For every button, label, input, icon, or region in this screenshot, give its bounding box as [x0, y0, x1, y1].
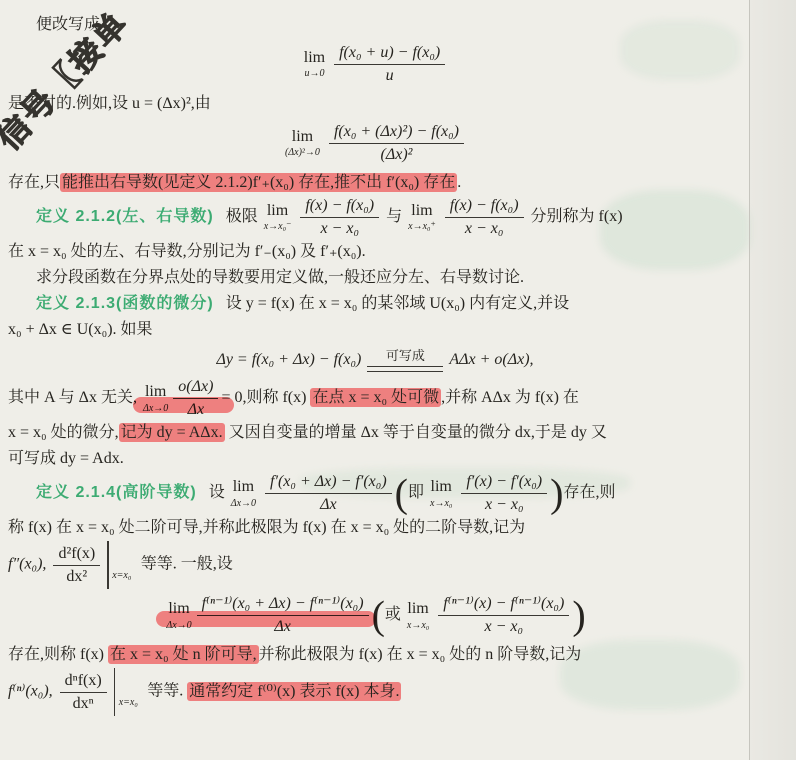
vertical-bar	[114, 668, 116, 716]
def-2-1-3-line-5: x = x₀ 处的微分,记为 dy = AΔx. 又因自变量的增量 Δx 等于自…	[8, 420, 742, 446]
body-text: 等等. 一般,设	[141, 556, 233, 573]
body-text: x₀ + Δx ∈ U(x₀). 如果	[8, 321, 153, 338]
left-parenthesis: (	[395, 471, 408, 516]
second-derivative-notation: f″(x₀),	[8, 556, 46, 573]
body-text: 与	[386, 208, 402, 225]
body-text: 称 f(x) 在 x = x₀ 处二阶可导,并称此极限为 f(x) 在 x = …	[8, 519, 525, 536]
fraction-d2: d²f(x)dx²	[53, 544, 100, 587]
body-text: 即	[408, 484, 424, 501]
red-highlight-stripe: limΔx→0f⁽ⁿ⁻¹⁾(x₀ + Δx) − f⁽ⁿ⁻¹⁾(x₀)Δx	[164, 594, 371, 637]
red-highlight: 记为 dy = AΔx.	[119, 423, 225, 442]
limit-operator: lim(Δx)²→0	[285, 129, 320, 159]
limit-operator: limx→x₀⁻	[264, 203, 292, 233]
vertical-bar	[107, 541, 109, 589]
display-formula-limit-dx2: lim(Δx)²→0 f(x₀ + (Δx)²) − f(x₀)(Δx)²	[8, 122, 742, 165]
body-text: 可写成 dy = Adx.	[8, 450, 124, 467]
nth-derivative-notation: f⁽ⁿ⁾(x₀),	[8, 683, 53, 700]
body-text: 0,则称 f(x)	[234, 389, 310, 406]
formula-right: AΔx + o(Δx),	[449, 351, 533, 368]
double-equals-line	[367, 366, 443, 372]
fraction-dn: dⁿf(x)dxⁿ	[60, 671, 107, 714]
red-highlight: 在 x = x₀ 处 n 阶可导,	[108, 645, 259, 664]
red-highlight: 在点 x = x₀ 处可微	[310, 388, 441, 407]
body-text: 存在,只	[8, 174, 60, 191]
right-parenthesis: )	[550, 471, 563, 516]
limit-operator: limΔx→0	[166, 601, 191, 631]
def-2-1-4-line-5: f⁽ⁿ⁾(x₀), dⁿf(x)dxⁿx=x₀ 等等. 通常约定 f⁽⁰⁾(x)…	[8, 668, 742, 716]
def-2-1-2-line-2: 在 x = x₀ 处的左、右导数,分别记为 f′₋(x₀) 及 f′₊(x₀).	[8, 239, 742, 265]
fraction: f(x₀ + u) − f(x₀)u	[334, 43, 445, 86]
red-highlight-stripe: limΔx→0o(Δx)Δx=	[141, 377, 231, 420]
evaluation-subscript: x=x₀	[112, 561, 131, 591]
fraction: f′(x₀ + Δx) − f′(x₀)Δx	[265, 472, 392, 515]
limit-operator: limx→x₀⁺	[408, 203, 436, 233]
intro-line-2: 是不对的.例如,设 u = (Δx)²,由	[8, 91, 742, 117]
definition-title: 定义 2.1.3(函数的微分)	[36, 295, 214, 312]
body-text: 设 y = f(x) 在 x = x₀ 的某邻域 U(x₀) 内有定义,并设	[226, 295, 569, 312]
limit-operator: limΔx→0	[143, 384, 168, 414]
def-2-1-4-line-3: f″(x₀), d²f(x)dx²x=x₀ 等等. 一般,设	[8, 541, 742, 589]
body-text: 存在,则称 f(x)	[8, 646, 108, 663]
definition-2-1-4: 定义 2.1.4(高阶导数)设 limΔx→0 f′(x₀ + Δx) − f′…	[8, 472, 742, 515]
body-text: 设	[209, 484, 225, 501]
body-text: 等等.	[147, 683, 187, 700]
fraction: f⁽ⁿ⁻¹⁾(x₀ + Δx) − f⁽ⁿ⁻¹⁾(x₀)Δx	[197, 594, 369, 637]
body-text: 求分段函数在分界点处的导数要用定义做,一般还应分左、右导数讨论.	[36, 269, 524, 286]
def-2-1-4-line-4: 存在,则称 f(x) 在 x = x₀ 处 n 阶可导,并称此极限为 f(x) …	[8, 642, 742, 668]
body-text: 在 x = x₀ 处的左、右导数,分别记为 f′₋(x₀) 及 f′₊(x₀).	[8, 243, 366, 260]
def-2-1-3-line-2: x₀ + Δx ∈ U(x₀). 如果	[8, 317, 742, 343]
page-content: 便改写成 limu→0 f(x₀ + u) − f(x₀)u 是不对的.例如,设…	[0, 0, 796, 716]
body-text: ,并称 AΔx 为 f(x) 在	[441, 389, 579, 406]
annotated-equals: 可写成	[367, 348, 443, 372]
display-formula-differential: Δy = f(x₀ + Δx) − f(x₀)可写成AΔx + o(Δx),	[8, 348, 742, 372]
def-2-1-2-line-3: 求分段函数在分界点处的导数要用定义做,一般还应分左、右导数讨论.	[8, 265, 742, 291]
def-2-1-4-line-2: 称 f(x) 在 x = x₀ 处二阶可导,并称此极限为 f(x) 在 x = …	[8, 515, 742, 541]
fraction: f⁽ⁿ⁻¹⁾(x) − f⁽ⁿ⁻¹⁾(x₀)x − x₀	[438, 594, 569, 637]
display-formula-nth-derivative: limΔx→0f⁽ⁿ⁻¹⁾(x₀ + Δx) − f⁽ⁿ⁻¹⁾(x₀)Δx(或 …	[8, 594, 742, 637]
red-highlight: 能推出右导数(见定义 2.1.2)f′₊(x₀) 存在,推不出 f′(x₀) 存…	[60, 173, 457, 192]
definition-2-1-2: 定义 2.1.2(左、右导数)极限 limx→x₀⁻ f(x) − f(x₀)x…	[8, 196, 742, 239]
body-text: 分别称为 f(x)	[531, 208, 623, 225]
definition-title: 定义 2.1.2(左、右导数)	[36, 208, 214, 225]
right-parenthesis: )	[572, 593, 585, 638]
intro-line-3: 存在,只能推出右导数(见定义 2.1.2)f′₊(x₀) 存在,推不出 f′(x…	[8, 170, 742, 196]
evaluation-subscript: x=x₀	[119, 688, 138, 718]
textbook-page: { "page": { "watermark": "信号【接单", "sym":…	[0, 0, 796, 760]
body-text: 或	[385, 606, 401, 623]
limit-operator: limx→x₀	[430, 479, 452, 509]
body-text: 极限	[226, 208, 258, 225]
fraction: f′(x) − f′(x₀)x − x₀	[461, 472, 547, 515]
left-parenthesis: (	[372, 593, 385, 638]
evaluation-bar: x=x₀	[114, 668, 144, 716]
fraction: f(x) − f(x₀)x − x₀	[445, 196, 524, 239]
body-text: 又因自变量的增量 Δx 等于自变量的微分 dx,于是 dy 又	[229, 424, 607, 441]
body-text: 并称此极限为 f(x) 在 x = x₀ 处的 n 阶导数,记为	[259, 646, 582, 663]
annotation-text: 可写成	[367, 348, 443, 364]
red-highlight: 通常约定 f⁽⁰⁾(x) 表示 f(x) 本身.	[187, 682, 401, 701]
limit-operator: limx→x₀	[407, 601, 429, 631]
def-2-1-3-line-4: 其中 A 与 Δx 无关, limΔx→0o(Δx)Δx= 0,则称 f(x) …	[8, 377, 742, 420]
definition-title: 定义 2.1.4(高阶导数)	[36, 484, 197, 501]
formula-left: Δy = f(x₀ + Δx) − f(x₀)	[216, 351, 361, 368]
definition-2-1-3: 定义 2.1.3(函数的微分)设 y = f(x) 在 x = x₀ 的某邻域 …	[8, 291, 742, 317]
body-text: .	[457, 174, 461, 191]
fraction: f(x₀ + (Δx)²) − f(x₀)(Δx)²	[329, 122, 464, 165]
def-2-1-3-line-6: 可写成 dy = Adx.	[8, 446, 742, 472]
body-text: 存在,则	[563, 484, 615, 501]
equals-sign: =	[221, 389, 230, 406]
limit-operator: limΔx→0	[231, 479, 256, 509]
fraction: f(x) − f(x₀)x − x₀	[300, 196, 379, 239]
fraction: o(Δx)Δx	[173, 377, 218, 420]
evaluation-bar: x=x₀	[107, 541, 137, 589]
body-text: x = x₀ 处的微分,	[8, 424, 119, 441]
body-text: 其中 A 与 Δx 无关,	[8, 389, 137, 406]
limit-operator: limu→0	[304, 50, 325, 80]
